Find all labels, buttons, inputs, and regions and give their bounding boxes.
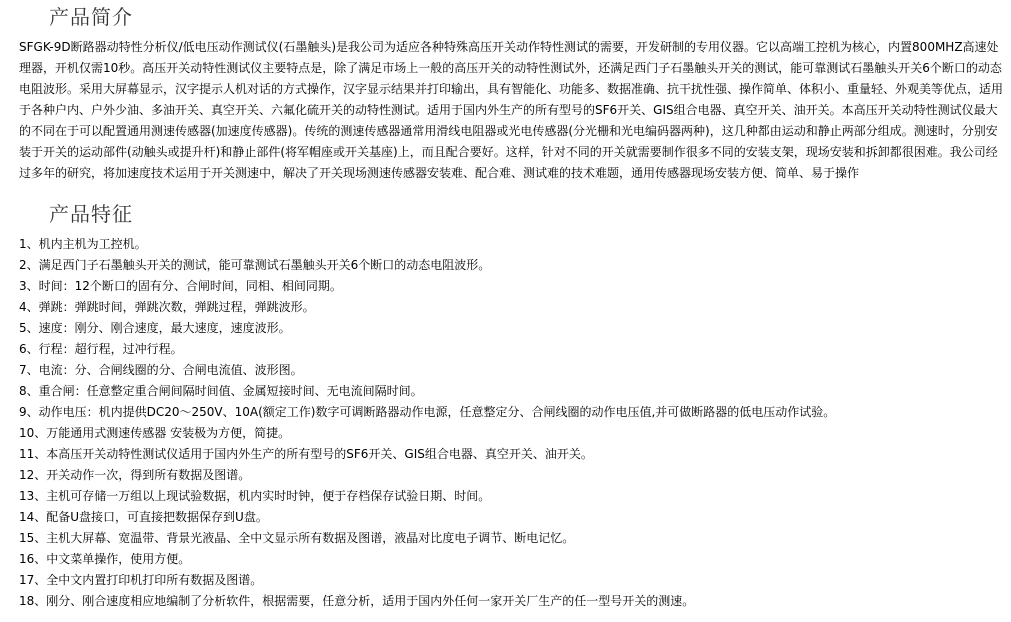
- feature-item: 8、重合闸：任意整定重合闸间隔时间值、金属短接时间、无电流间隔时间。: [19, 381, 835, 402]
- feature-item: 9、动作电压：机内提供DC20～250V、10A(额定工作)数字可调断路器动作电…: [19, 402, 835, 423]
- feature-item: 1、机内主机为工控机。: [19, 234, 835, 255]
- feature-item: 7、电流：分、合闸线圈的分、合闸电流值、波形图。: [19, 360, 835, 381]
- feature-item: 3、时间：12个断口的固有分、合闸时间，同相、相间同期。: [19, 276, 835, 297]
- feature-item: 15、主机大屏幕、宽温带、背景光液晶、全中文显示所有数据及图谱，液晶对比度电子调…: [19, 528, 835, 549]
- feature-item: 12、开关动作一次，得到所有数据及图谱。: [19, 465, 835, 486]
- feature-list: 1、机内主机为工控机。 2、满足西门子石墨触头开关的测试，能可靠测试石墨触头开关…: [19, 234, 835, 612]
- feature-item: 5、速度：刚分、刚合速度，最大速度，速度波形。: [19, 318, 835, 339]
- feature-item: 2、满足西门子石墨触头开关的测试，能可靠测试石墨触头开关6个断口的动态电阻波形。: [19, 255, 835, 276]
- feature-item: 13、主机可存储一万组以上现试验数据，机内实时时钟，便于存档保存试验日期、时间。: [19, 486, 835, 507]
- feature-item: 18、刚分、刚合速度相应地编制了分析软件，根据需要，任意分析，适用于国内外任何一…: [19, 591, 835, 612]
- feature-item: 10、万能通用式测速传感器 安装极为方便，简捷。: [19, 423, 835, 444]
- feature-item: 4、弹跳：弹跳时间，弹跳次数，弹跳过程，弹跳波形。: [19, 297, 835, 318]
- section-title-product-intro: 产品简介: [49, 4, 133, 30]
- feature-item: 17、全中文内置打印机打印所有数据及图谱。: [19, 570, 835, 591]
- feature-item: 16、中文菜单操作，使用方便。: [19, 549, 835, 570]
- feature-item: 11、本高压开关动特性测试仪适用于国内外生产的所有型号的SF6开关、GIS组合电…: [19, 444, 835, 465]
- product-intro-paragraph: SFGK-9D断路器动特性分析仪/低电压动作测试仪(石墨触头)是我公司为适应各种…: [19, 37, 1004, 184]
- feature-item: 6、行程：超行程，过冲行程。: [19, 339, 835, 360]
- section-title-product-features: 产品特征: [49, 201, 133, 227]
- feature-item: 14、配备U盘接口，可直接把数据保存到U盘。: [19, 507, 835, 528]
